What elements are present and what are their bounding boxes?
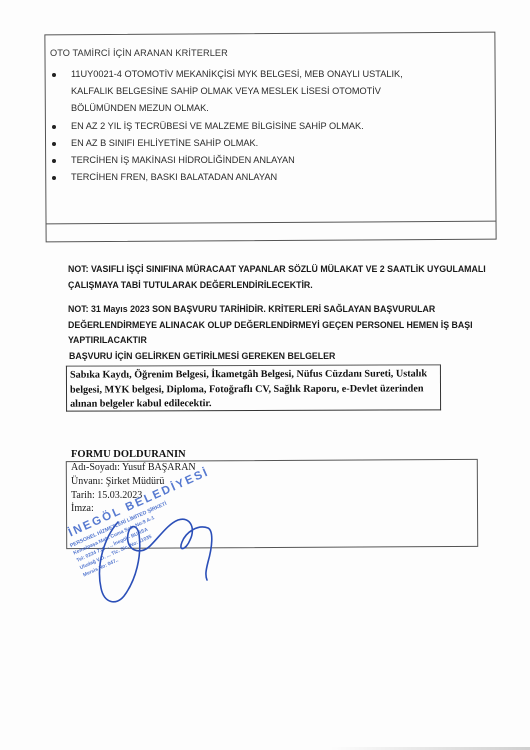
date-field: Tarih: 15.03.2023 xyxy=(71,490,142,501)
criteria-list: 11UY0021-4 OTOMOTİV MEKANİKÇİSİ MYK BELG… xyxy=(48,66,443,186)
criteria-title: OTO TAMİRCİ İÇİN ARANAN KRİTERLER xyxy=(50,48,228,58)
required-documents-title: BAŞVURU İÇİN GELİRKEN GETİRİLMESİ GEREKE… xyxy=(69,351,335,361)
criteria-box-divider xyxy=(47,221,496,225)
form-filler-title: FORMU DOLDURANIN xyxy=(71,449,186,460)
name-field: Adı-Soyadı: Yusuf BAŞARAN xyxy=(71,462,196,473)
criteria-item: 11UY0021-4 OTOMOTİV MEKANİKÇİSİ MYK BELG… xyxy=(48,66,443,118)
document-page: OTO TAMİRCİ İÇİN ARANAN KRİTERLER 11UY00… xyxy=(0,0,530,750)
note-interview: NOT: VASIFLI İŞÇİ SINIFINA MÜRACAAT YAPA… xyxy=(68,262,508,293)
criteria-item: TERCİHEN İŞ MAKİNASI HİDROLİĞİNDEN ANLAY… xyxy=(48,152,443,169)
criteria-item: TERCİHEN FREN, BASKI BALATADAN ANLAYAN xyxy=(48,169,443,186)
criteria-item: EN AZ B SINIFI EHLİYETİNE SAHİP OLMAK. xyxy=(48,135,443,152)
stamp-line-6: Mersis No: 047.. xyxy=(82,557,120,578)
signature-label: İmza: xyxy=(71,503,94,514)
position-field: Ünvanı: Şirket Müdürü xyxy=(71,476,164,487)
note-deadline: NOT: 31 Mayıs 2023 SON BAŞVURU TARİHİDİR… xyxy=(68,302,508,349)
required-documents-box: Sabıka Kaydı, Öğrenim Belgesi, İkametgâh… xyxy=(66,364,441,411)
required-documents-text: Sabıka Kaydı, Öğrenim Belgesi, İkametgâh… xyxy=(70,367,437,412)
criteria-item: EN AZ 2 YIL İŞ TECRÜBESİ VE MALZEME BİLG… xyxy=(48,118,443,135)
